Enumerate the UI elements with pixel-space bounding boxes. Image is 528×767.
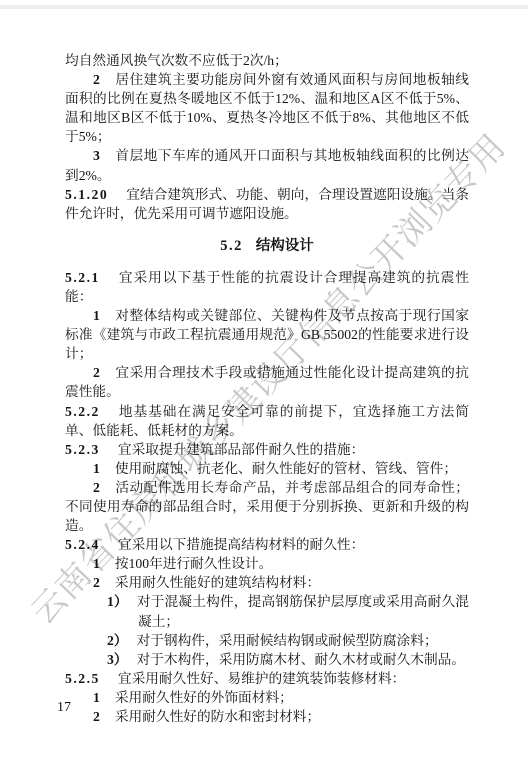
item-number: 1	[93, 308, 100, 323]
item-text: 采用耐久性好的防水和密封材料；	[115, 709, 320, 724]
item-number: 2	[93, 365, 100, 380]
sub-list-item: 1）对于混凝土构件，提高钢筋保护层厚度或采用高耐久混凝土；	[65, 592, 469, 630]
item-text: 居住建筑主要功能房间外窗有效通风面积与房间地板轴线面积的比例在夏热冬暖地区不低于…	[65, 72, 469, 144]
item-number: 2）	[107, 633, 128, 648]
item-text: 首层地下车库的通风开口面积与其地板轴线面积的比例达到2%。	[65, 148, 469, 182]
item-text: 对于混凝土构件，提高钢筋保护层厚度或采用高耐久混凝土；	[137, 594, 469, 628]
list-item: 2宜采用合理技术手段或措施通过性能化设计提高建筑的抗震性能。	[65, 363, 469, 401]
section-heading: 5.2结构设计	[65, 236, 469, 256]
clause-number: 5.1.20	[65, 187, 108, 202]
clause-number: 5.2.5	[65, 671, 100, 686]
clause-number: 5.2.4	[65, 537, 100, 552]
paragraph-continuation: 均自然通风换气次数不应低于2次/h；	[65, 51, 469, 70]
clause-text: 宜结合建筑形式、功能、朝向，合理设置遮阳设施。当条件允许时，优先采用可调节遮阳设…	[65, 187, 469, 221]
item-text: 采用耐久性能好的建筑结构材料：	[115, 575, 320, 590]
item-text: 对于木构件，采用防腐木材、耐久木材或耐久木制品。	[137, 652, 466, 667]
page-content: 均自然通风换气次数不应低于2次/h； 2居住建筑主要功能房间外窗有效通风面积与房…	[65, 51, 469, 726]
item-number: 3	[93, 148, 100, 163]
clause-5-1-20: 5.1.20宜结合建筑形式、功能、朝向，合理设置遮阳设施。当条件允许时，优先采用…	[65, 185, 469, 223]
sub-list-item: 2）对于钢构件，采用耐候结构钢或耐候型防腐涂料；	[65, 631, 469, 650]
list-item: 1对整体结构或关键部位、关键构件及节点按高于现行国家标准《建筑与市政工程抗震通用…	[65, 306, 469, 363]
item-number: 2	[93, 709, 100, 724]
clause-text: 宜采用以下措施提高结构材料的耐久性：	[118, 537, 364, 552]
clause-5-2-3: 5.2.3宜采取提升建筑部品部件耐久性的措施：	[65, 440, 469, 459]
clause-5-2-1: 5.2.1宜采用以下基于性能的抗震设计合理提高建筑的抗震性能：	[65, 268, 469, 306]
clause-text: 地基基础在满足安全可靠的前提下，宜选择施工方法简单、低能耗、低耗材的方案。	[65, 404, 469, 438]
clause-5-2-2: 5.2.2地基基础在满足安全可靠的前提下，宜选择施工方法简单、低能耗、低耗材的方…	[65, 402, 469, 440]
item-number: 3）	[107, 652, 128, 667]
clause-number: 5.2.3	[65, 442, 100, 457]
item-number: 1	[93, 690, 100, 705]
sub-list-item: 3）对于木构件，采用防腐木材、耐久木材或耐久木制品。	[65, 650, 469, 669]
document-page: 云南省住房和城乡建设厅信息公开浏览专用 均自然通风换气次数不应低于2次/h； 2…	[0, 0, 528, 767]
clause-5-2-5: 5.2.5宜采用耐久性好、易维护的建筑装饰装修材料：	[65, 669, 469, 688]
section-number: 5.2	[220, 238, 243, 254]
clause-text: 宜采用以下基于性能的抗震设计合理提高建筑的抗震性能：	[65, 270, 469, 304]
page-number: 17	[57, 700, 71, 716]
item-text: 按100年进行耐久性设计。	[115, 556, 272, 571]
list-item: 2采用耐久性能好的建筑结构材料：	[65, 573, 469, 592]
clause-5-2-4: 5.2.4宜采用以下措施提高结构材料的耐久性：	[65, 535, 469, 554]
item-number: 2	[93, 575, 100, 590]
list-item: 1按100年进行耐久性设计。	[65, 554, 469, 573]
item-number: 2	[93, 480, 100, 495]
list-item: 1使用耐腐蚀、抗老化、耐久性能好的管材、管线、管件；	[65, 459, 469, 478]
item-text: 活动配件选用长寿命产品，并考虑部品组合的同寿命性；不同使用寿命的部品组合时，采用…	[65, 480, 469, 533]
item-number: 1）	[107, 594, 128, 609]
clause-number: 5.2.2	[65, 404, 100, 419]
item-number: 1	[93, 556, 100, 571]
item-text: 使用耐腐蚀、抗老化、耐久性能好的管材、管线、管件；	[115, 461, 457, 476]
scan-edge-shade	[0, 5, 528, 9]
clause-text: 宜采用耐久性好、易维护的建筑装饰装修材料：	[118, 671, 405, 686]
list-item: 2居住建筑主要功能房间外窗有效通风面积与房间地板轴线面积的比例在夏热冬暖地区不低…	[65, 70, 469, 146]
item-text: 宜采用合理技术手段或措施通过性能化设计提高建筑的抗震性能。	[65, 365, 469, 399]
item-text: 对整体结构或关键部位、关键构件及节点按高于现行国家标准《建筑与市政工程抗震通用规…	[65, 308, 469, 361]
clause-text: 宜采取提升建筑部品部件耐久性的措施：	[118, 442, 364, 457]
item-number: 2	[93, 72, 100, 87]
list-item: 2采用耐久性好的防水和密封材料；	[65, 707, 469, 726]
list-item: 1采用耐久性好的外饰面材料；	[65, 688, 469, 707]
list-item: 3首层地下车库的通风开口面积与其地板轴线面积的比例达到2%。	[65, 146, 469, 184]
list-item: 2活动配件选用长寿命产品，并考虑部品组合的同寿命性；不同使用寿命的部品组合时，采…	[65, 478, 469, 535]
item-text: 采用耐久性好的外饰面材料；	[115, 690, 293, 705]
item-text: 对于钢构件，采用耐候结构钢或耐候型防腐涂料；	[137, 633, 438, 648]
paragraph-text: 均自然通风换气次数不应低于2次/h；	[65, 53, 288, 68]
section-title: 结构设计	[256, 238, 314, 254]
clause-number: 5.2.1	[65, 270, 100, 285]
item-number: 1	[93, 461, 100, 476]
